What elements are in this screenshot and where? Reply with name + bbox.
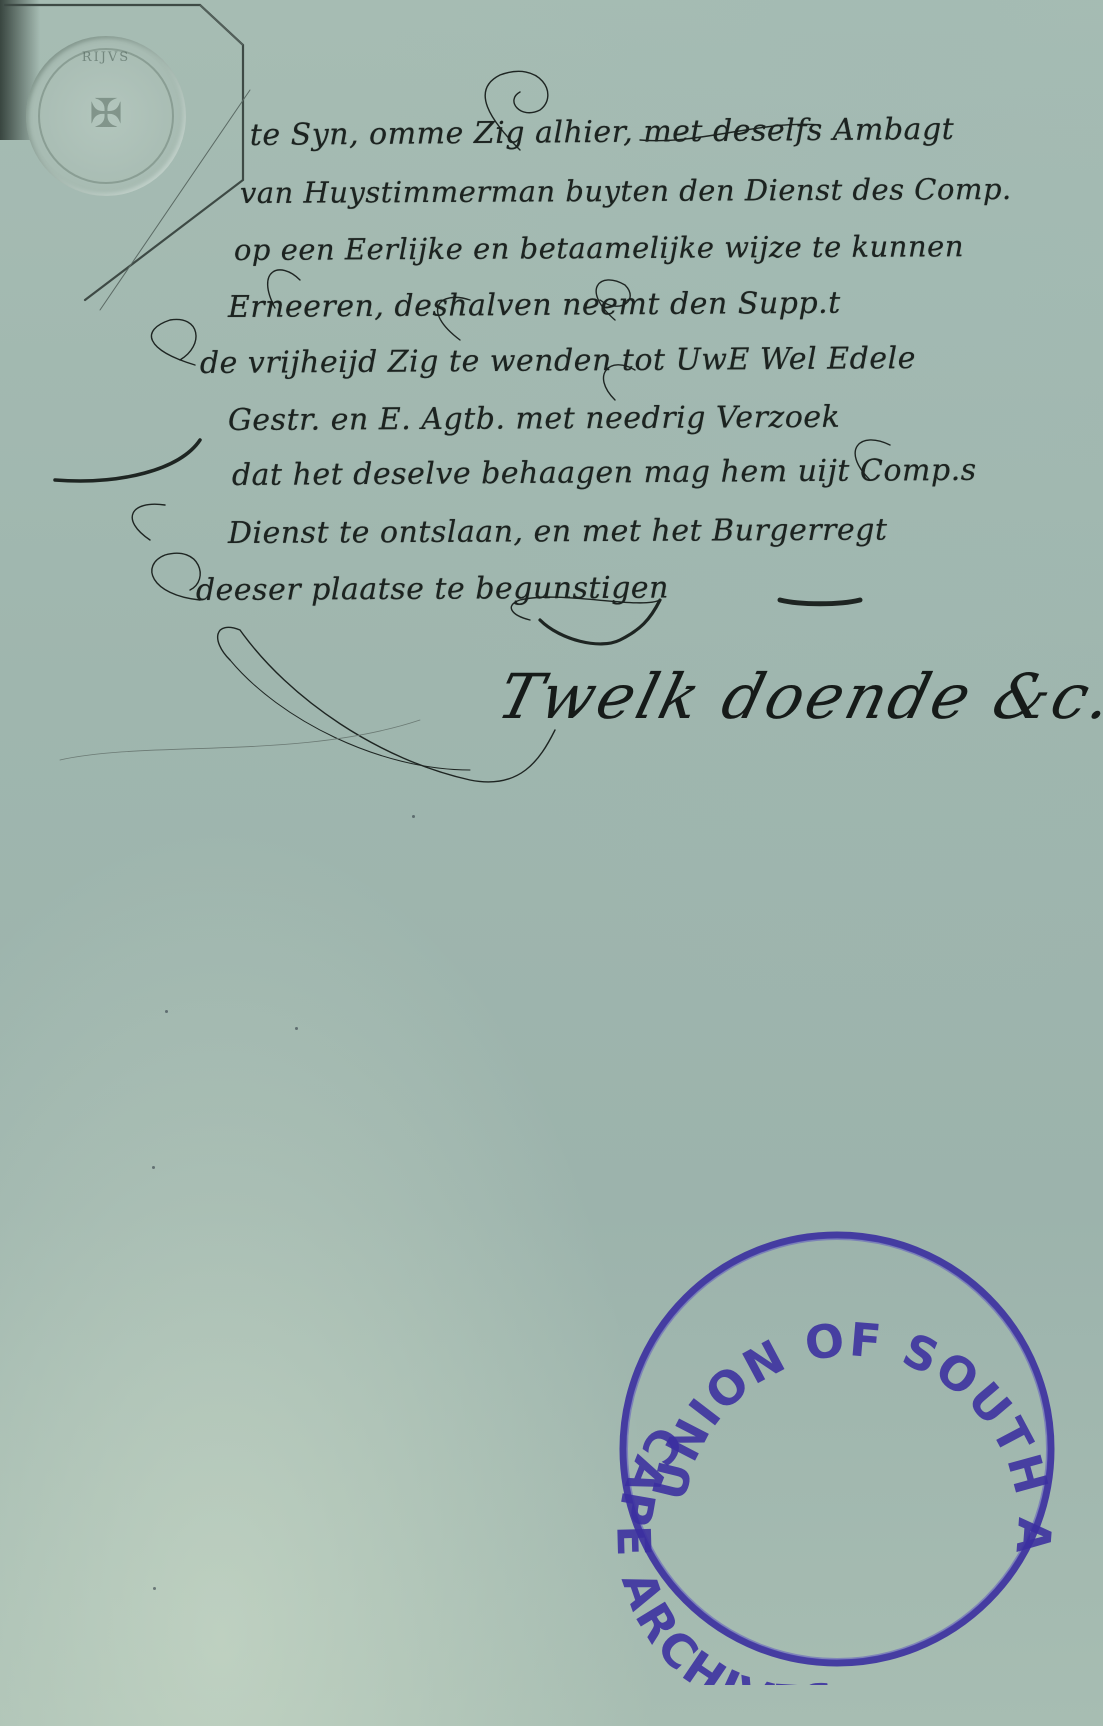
manuscript-line-6: Gestr. en E. Agtb. met needrig Verzoek — [228, 400, 841, 438]
paper-speck — [153, 1587, 156, 1590]
svg-text:UNION OF SOUTH AFRICA: UNION OF SOUTH AFRICA — [597, 1213, 1062, 1558]
closing-signature: Twelk doende &c. — [491, 660, 1103, 733]
paper-speck — [412, 815, 415, 818]
archive-stamp-icon: UNION OF SOUTH AFRICA CAPE ARCHIVES — [597, 1213, 1069, 1685]
svg-text:CAPE ARCHIVES: CAPE ARCHIVES — [606, 1416, 841, 1685]
manuscript-line-3: op een Eerlijke en betaamelijke wijze te… — [234, 229, 964, 267]
cape-archives-stamp: UNION OF SOUTH AFRICA CAPE ARCHIVES — [597, 1213, 1069, 1685]
manuscript-line-7: dat het deselve behaagen mag hem uijt Co… — [232, 453, 977, 493]
manuscript-line-4: Erneeren, deshalven neemt den Supp.t — [228, 286, 841, 325]
manuscript-line-1: te Syn, omme Zig alhier, met deselfs Amb… — [250, 112, 955, 153]
manuscript-line-8: Dienst te ontslaan, en met het Burgerreg… — [228, 513, 888, 551]
stamp-top-text: UNION OF SOUTH AFRICA — [597, 1213, 1062, 1558]
manuscript-line-2: van Huystimmerman buyten den Dienst des … — [240, 172, 1012, 210]
paper-speck — [295, 1027, 298, 1030]
paper-speck — [165, 1010, 168, 1013]
manuscript-line-5: de vrijheijd Zig te wenden tot UwE Wel E… — [200, 341, 916, 381]
stamp-bottom-text: CAPE ARCHIVES — [606, 1416, 841, 1685]
manuscript-line-9: deeser plaatse te begunstigen — [196, 571, 669, 608]
paper-speck — [152, 1166, 155, 1169]
manuscript-body: te Syn, omme Zig alhier, met deselfs Amb… — [0, 0, 1103, 820]
